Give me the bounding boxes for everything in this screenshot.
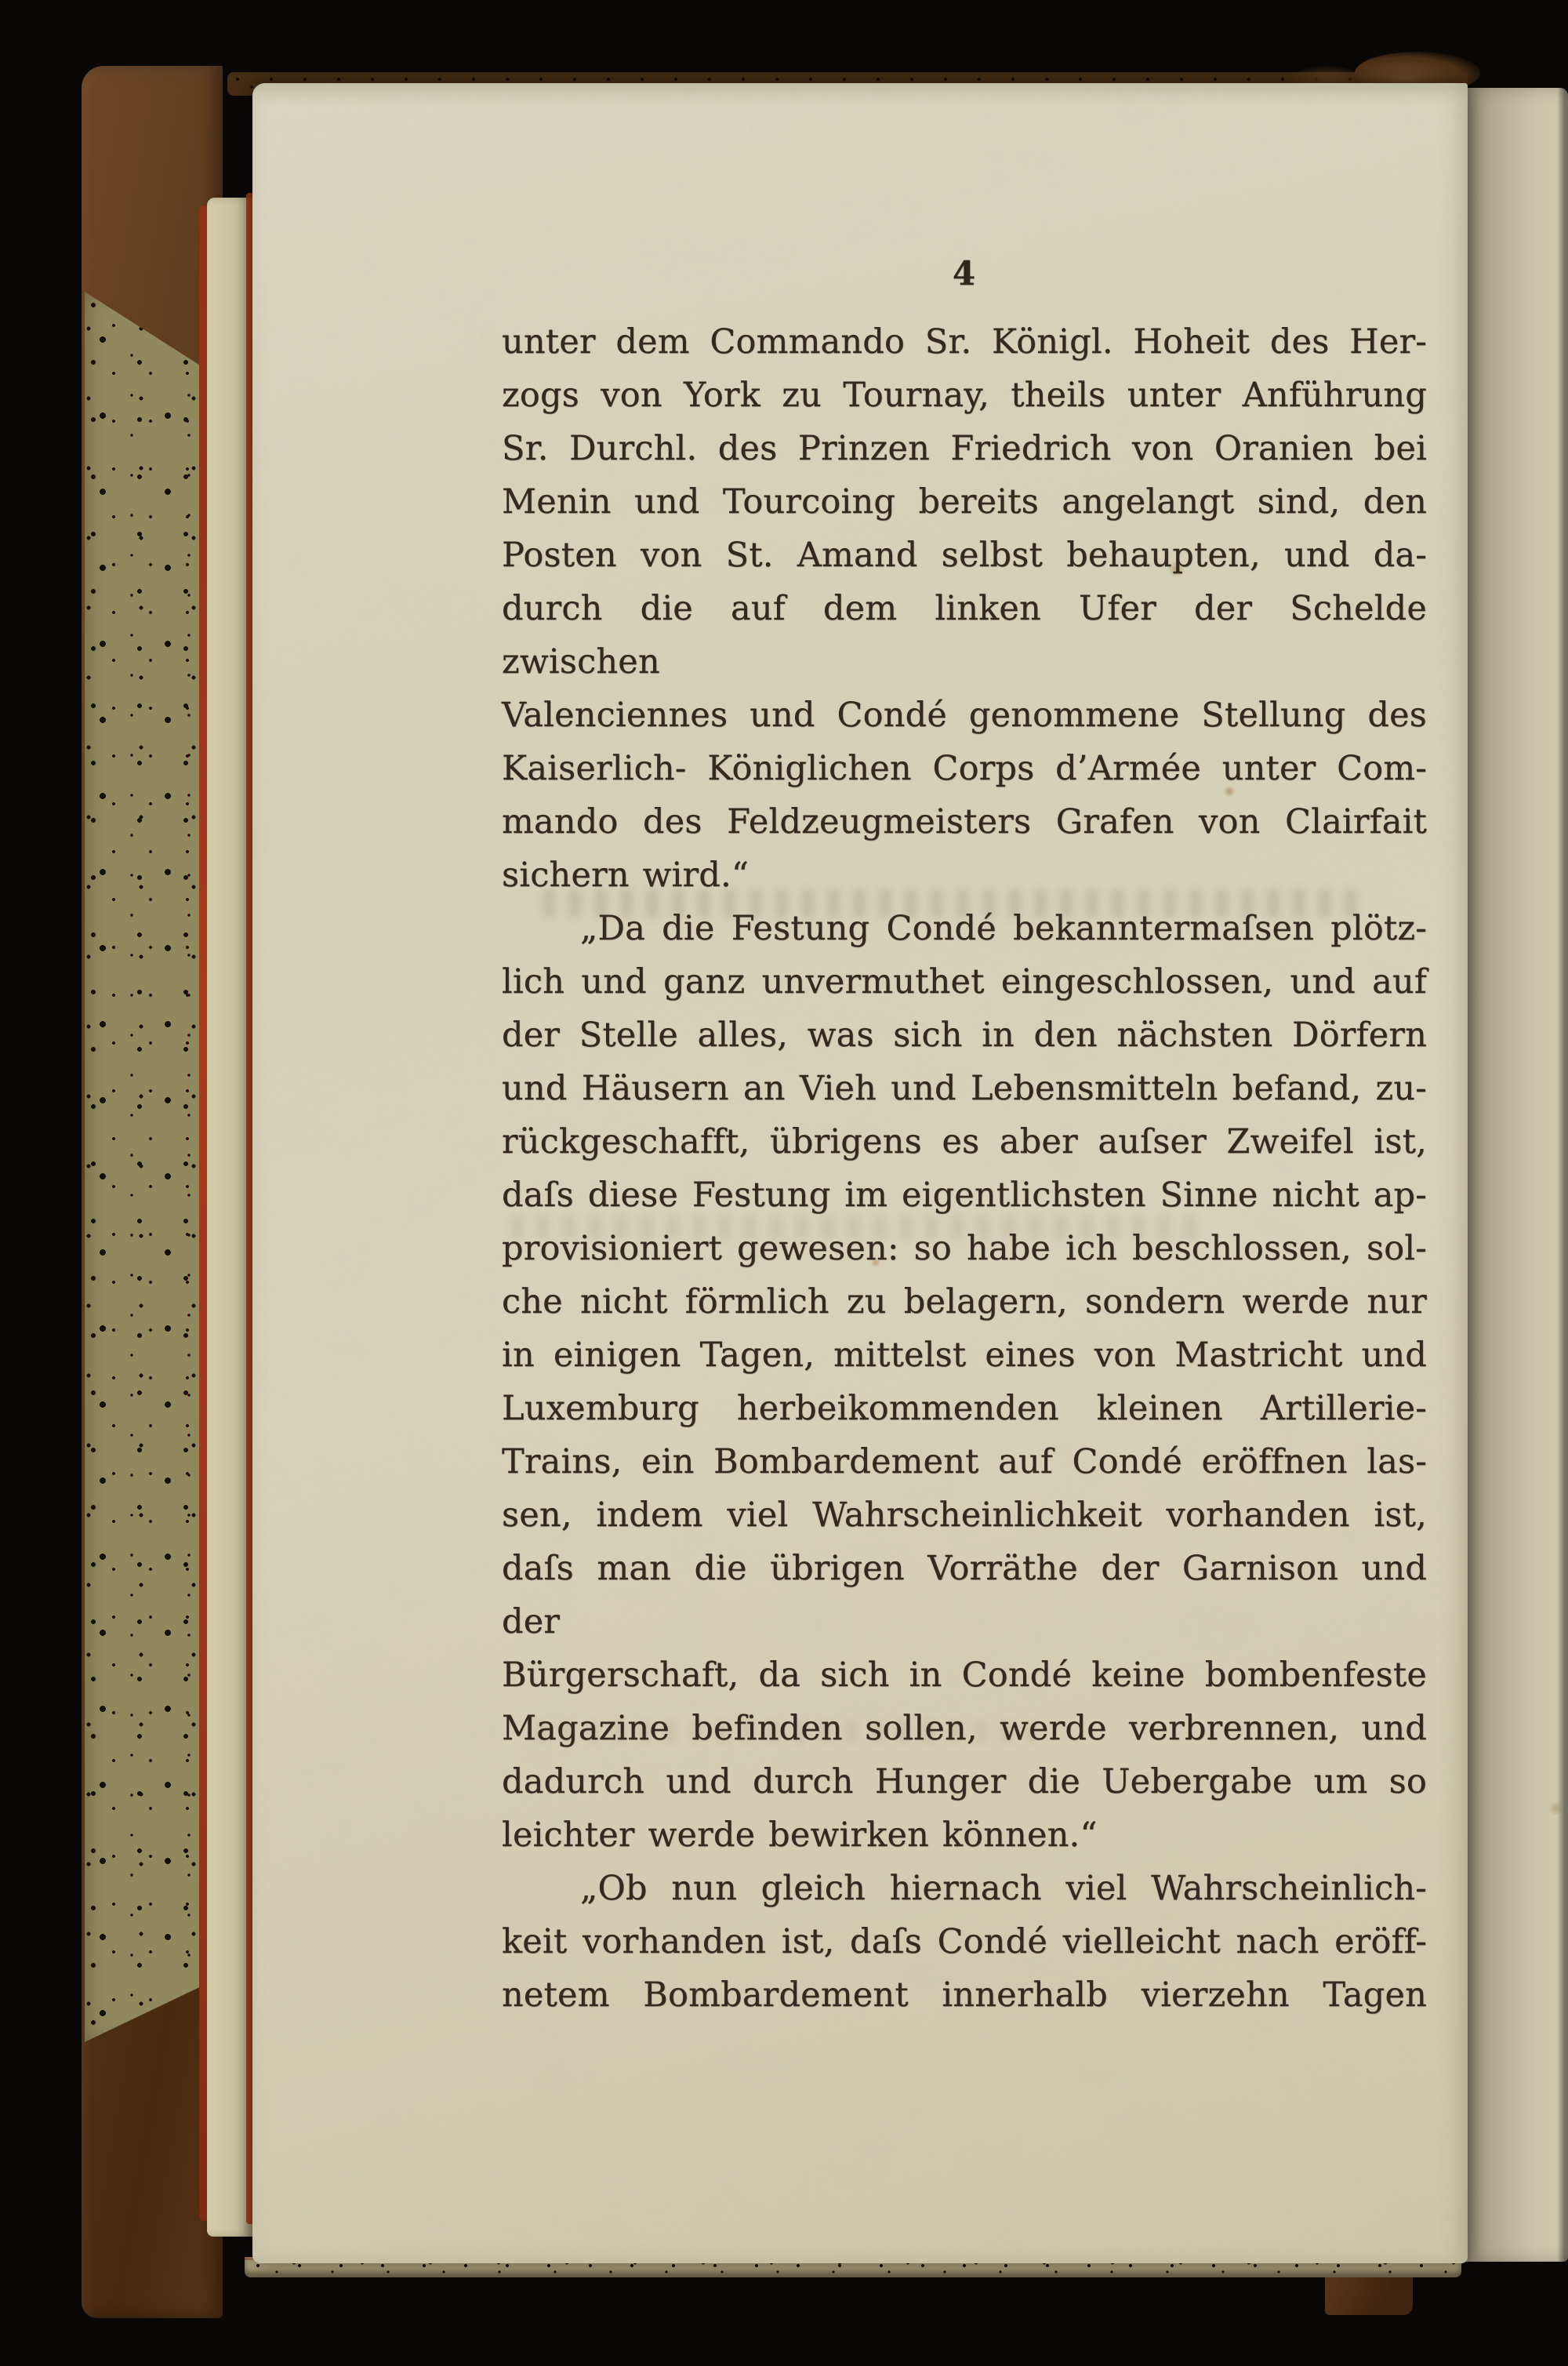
text-line: unter dem Commando Sr. Königl. Hoheit de… [502, 315, 1427, 369]
text-line: Trains, ein Bombardement auf Condé eröff… [502, 1435, 1427, 1488]
text-line: Sr. Durchl. des Prinzen Friedrich von Or… [502, 422, 1427, 475]
text-line: mando des Feldzeugmeisters Grafen von Cl… [502, 795, 1427, 849]
book-page: 4 unter dem Commando Sr. Königl. Hoheit … [252, 83, 1468, 2263]
text-line: rückgeschafft, übrigens es aber auſser Z… [502, 1115, 1427, 1168]
text-line: sichern wird.“ [502, 849, 1427, 902]
text-line: Bürgerschaft, da sich in Condé keine bom… [502, 1648, 1427, 1702]
text-line: dadurch und durch Hunger die Uebergabe u… [502, 1755, 1427, 1808]
page-text: unter dem Commando Sr. Königl. Hoheit de… [502, 315, 1427, 2022]
text-line: der Stelle alles, was sich in den nächst… [502, 1009, 1427, 1062]
text-line: sen, indem viel Wahrscheinlichkeit vorha… [502, 1488, 1427, 1542]
text-line: Posten von St. Amand selbst behaupten, u… [502, 529, 1427, 582]
text-line: und Häusern an Vieh und Lebensmitteln be… [502, 1062, 1427, 1115]
text-line: lich und ganz unvermuthet eingeschlossen… [502, 955, 1427, 1009]
text-line: Menin und Tourcoing bereits angelangt si… [502, 475, 1427, 529]
text-line: che nicht förmlich zu belagern, sondern … [502, 1275, 1427, 1328]
text-line: Magazine befinden sollen, werde verbrenn… [502, 1702, 1427, 1755]
text-line: zogs von York zu Tournay, theils unter A… [502, 369, 1427, 422]
book-scan: 4 unter dem Commando Sr. Königl. Hoheit … [0, 0, 1568, 2366]
text-line: daſs diese Festung im eigentlichsten Sin… [502, 1168, 1427, 1222]
text-line: Kaiserlich- Königlichen Corps d’Armée un… [502, 742, 1427, 795]
text-line: durch die auf dem linken Ufer der Scheld… [502, 582, 1427, 689]
adjacent-page-gutter [1457, 88, 1568, 2262]
text-line: keit vorhanden ist, daſs Condé vielleich… [502, 1915, 1427, 1968]
page-number: 4 [502, 254, 1427, 293]
text-line: daſs man die übrigen Vorräthe der Garnis… [502, 1542, 1427, 1648]
text-line: „Da die Festung Condé bekanntermaſsen pl… [502, 902, 1427, 955]
text-line: Luxemburg herbeikommenden kleinen Artill… [502, 1382, 1427, 1435]
text-line: in einigen Tagen, mittelst eines von Mas… [502, 1328, 1427, 1382]
book-cover-marbled-paper [85, 292, 216, 2042]
scan-right-edge-shadow [1557, 0, 1568, 2366]
text-line: netem Bombardement innerhalb vierzehn Ta… [502, 1968, 1427, 2022]
text-line: provisioniert gewesen: so habe ich besch… [502, 1222, 1427, 1275]
text-line: „Ob nun gleich hiernach viel Wahrscheinl… [502, 1862, 1427, 1915]
text-line: leichter werde bewirken können.“ [502, 1808, 1427, 1862]
fox-stain [1548, 1802, 1565, 1815]
text-line: Valenciennes und Condé genommene Stellun… [502, 689, 1427, 742]
